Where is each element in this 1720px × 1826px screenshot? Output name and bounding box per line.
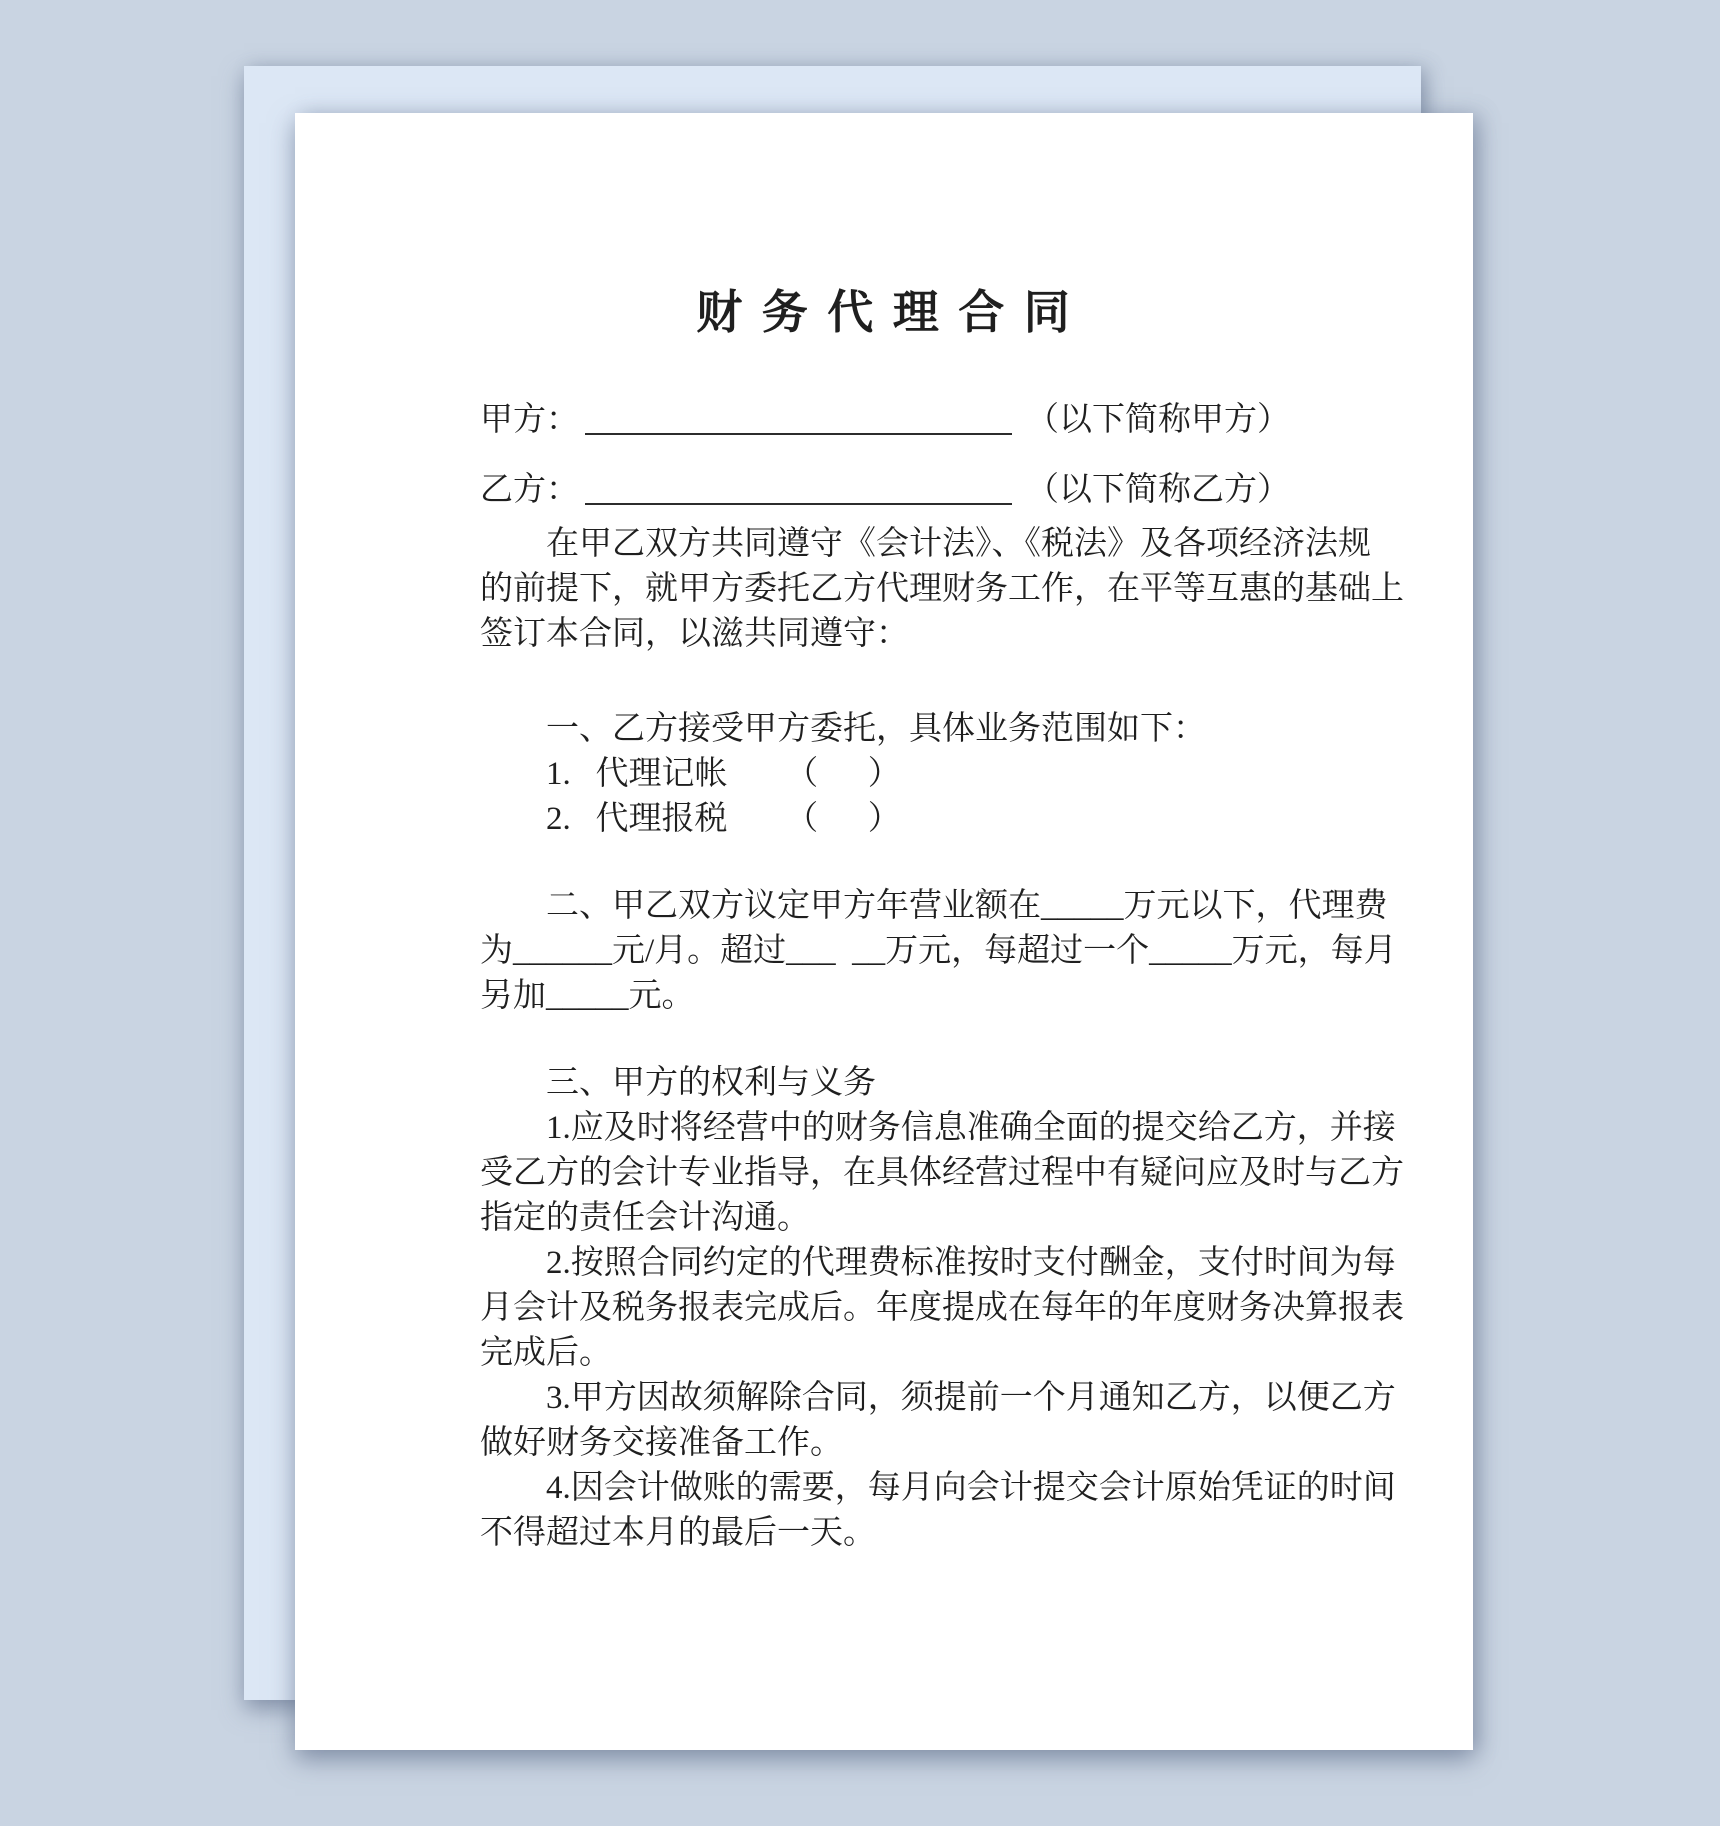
section-three-heading: 三、甲方的权利与义务	[480, 1061, 1290, 1106]
section-two-line-1: 二、甲乙双方议定甲方年营业额在_____万元以下，代理费	[480, 884, 1290, 929]
section-one-heading: 一、乙方接受甲方委托，具体业务范围如下：	[480, 707, 1290, 752]
intro-line-2: 的前提下，就甲方委托乙方代理财务工作，在平等互惠的基础上	[480, 567, 1290, 612]
intro-line-3: 签订本合同，以滋共同遵守：	[480, 612, 1290, 657]
contract-title: 财 务 代 理 合 同	[480, 285, 1290, 341]
section-one-item-tax-filing: 2. 代理报税 （ ）	[480, 797, 1290, 842]
section-one-item-bookkeeping: 1. 代理记帐 （ ）	[480, 752, 1290, 797]
party-b-row: 乙方： （以下简称乙方）	[480, 466, 1290, 512]
party-b-blank-field	[585, 475, 1012, 505]
obligation-1-line-2: 受乙方的会计专业指导，在具体经营过程中有疑问应及时与乙方	[480, 1151, 1290, 1196]
party-b-label: 乙方：	[480, 468, 579, 512]
obligation-2-line-3: 完成后。	[480, 1331, 1290, 1376]
obligation-1-line-3: 指定的责任会计沟通。	[480, 1196, 1290, 1241]
obligation-1-line-1: 1.应及时将经营中的财务信息准确全面的提交给乙方，并接	[480, 1106, 1290, 1151]
obligation-3-line-1: 3.甲方因故须解除合同，须提前一个月通知乙方，以便乙方	[480, 1376, 1290, 1421]
intro-line-1: 在甲乙双方共同遵守《会计法》、《税法》及各项经济法规	[480, 522, 1290, 567]
obligation-4-line-2: 不得超过本月的最后一天。	[480, 1511, 1290, 1556]
obligation-2-line-1: 2.按照合同约定的代理费标准按时支付酬金，支付时间为每	[480, 1241, 1290, 1286]
obligation-3-line-2: 做好财务交接准备工作。	[480, 1421, 1290, 1466]
contract-paper: 财 务 代 理 合 同 甲方： （以下简称甲方） 乙方： （以下简称乙方） 在甲…	[295, 113, 1473, 1750]
party-a-blank-field	[585, 405, 1012, 435]
party-a-row: 甲方： （以下简称甲方）	[480, 396, 1290, 442]
section-two-line-3: 另加_____元。	[480, 974, 1290, 1019]
party-a-label: 甲方：	[480, 398, 579, 442]
document-content: 财 务 代 理 合 同 甲方： （以下简称甲方） 乙方： （以下简称乙方） 在甲…	[295, 113, 1473, 1556]
party-a-suffix: （以下简称甲方）	[1026, 398, 1290, 442]
obligation-2-line-2: 月会计及税务报表完成后。年度提成在每年的年度财务决算报表	[480, 1286, 1290, 1331]
section-two-line-2: 为______元/月。超过___ __万元，每超过一个_____万元，每月	[480, 929, 1290, 974]
party-b-suffix: （以下简称乙方）	[1026, 468, 1290, 512]
obligation-4-line-1: 4.因会计做账的需要，每月向会计提交会计原始凭证的时间	[480, 1466, 1290, 1511]
